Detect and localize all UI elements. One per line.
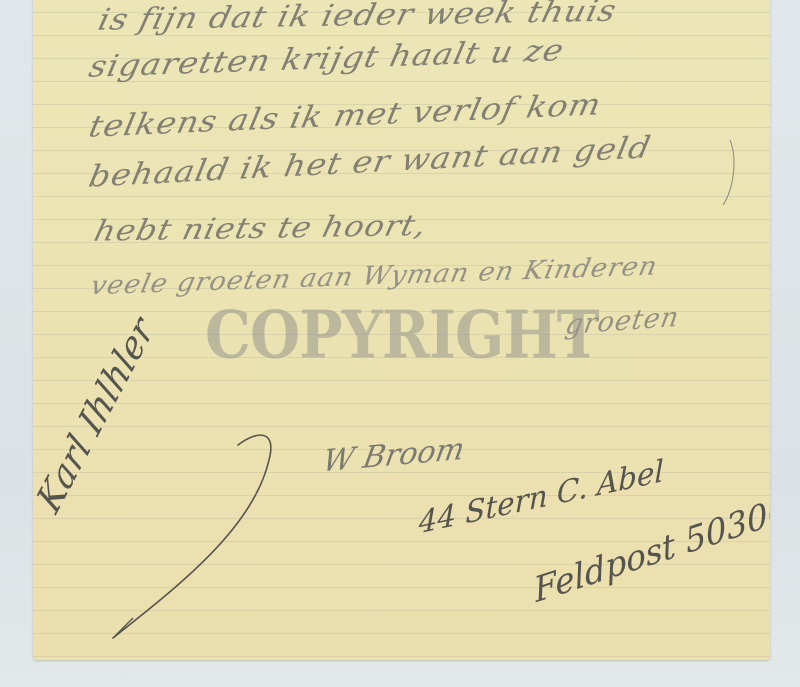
letter-line-5: hebt niets te hoort,	[91, 208, 431, 248]
copyright-watermark: COPYRIGHT	[188, 303, 616, 368]
letter-paper: is fijn dat ik ieder week thuis sigarett…	[33, 0, 770, 660]
